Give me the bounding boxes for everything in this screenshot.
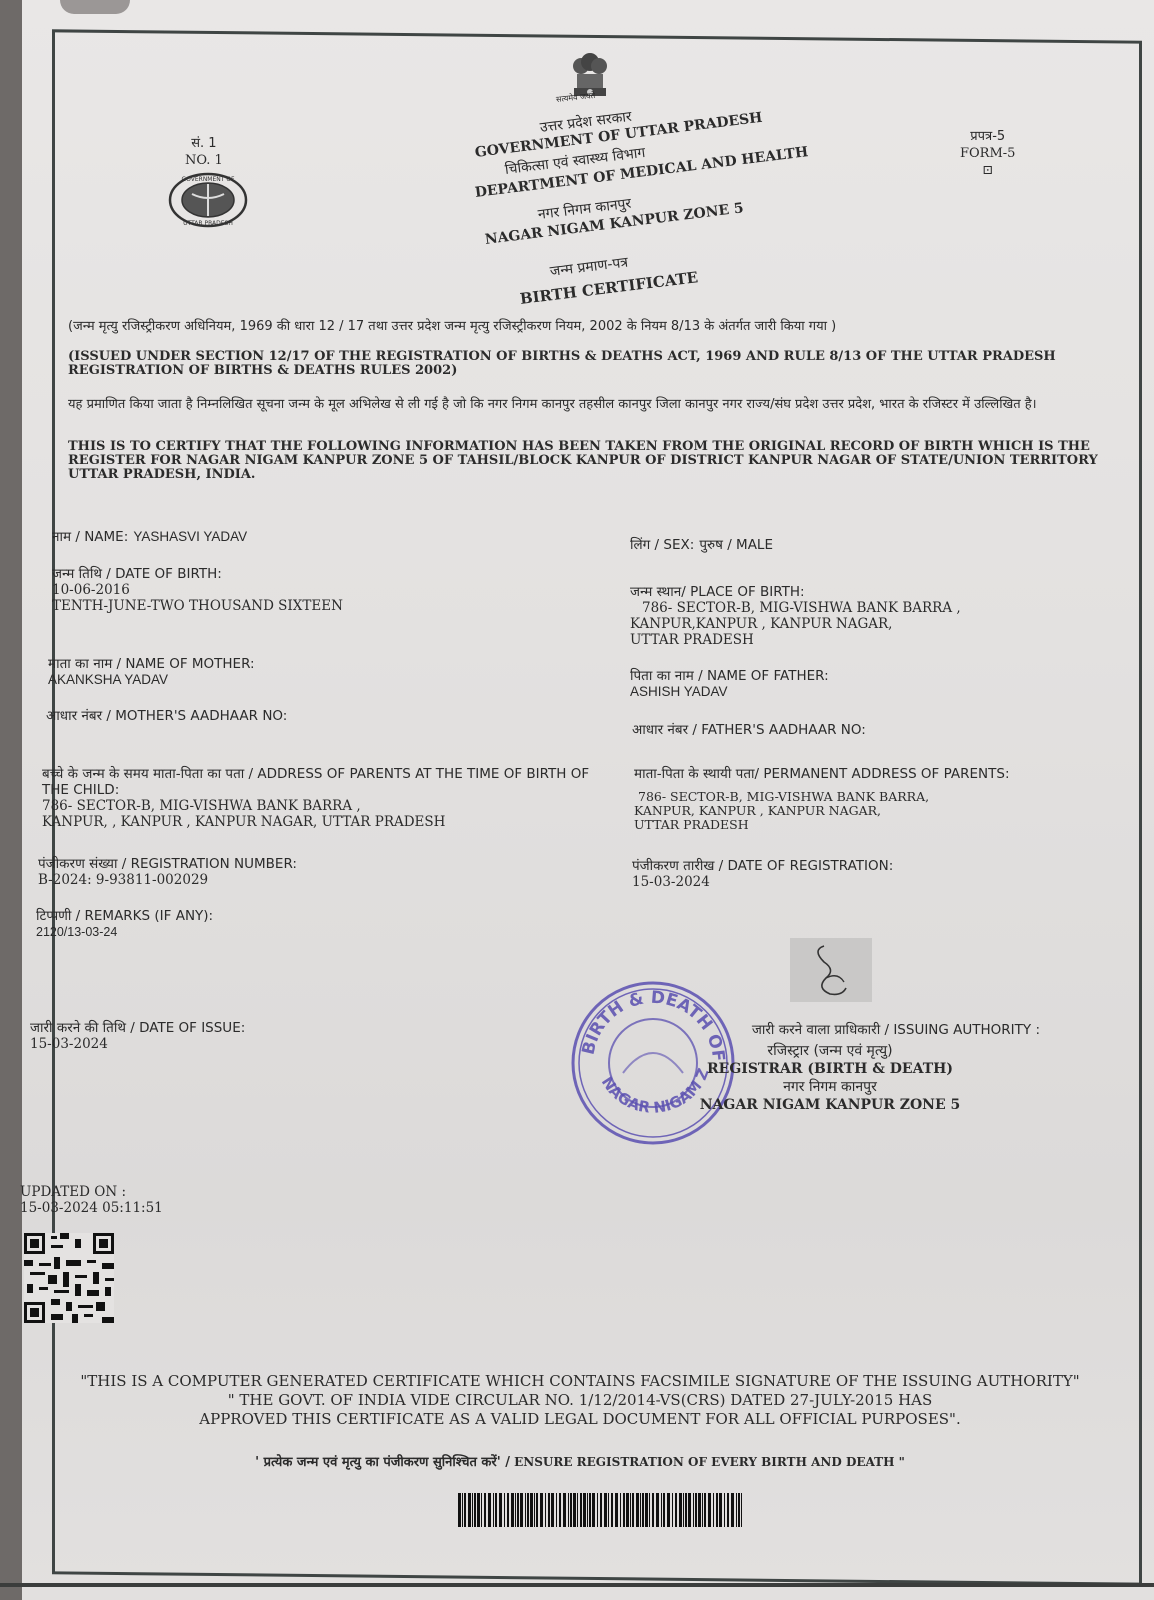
updated-on: UPDATED ON : 15-03-2024 05:11:51 xyxy=(20,1184,163,1216)
field-remarks: टिप्पणी / REMARKS (IF ANY): 2120/13-03-2… xyxy=(36,908,213,940)
barcode[interactable] xyxy=(458,1493,742,1527)
form-number: प्रपत्र-5 FORM-5 ⊡ xyxy=(960,128,1015,179)
field-date-of-registration: पंजीकरण तारीख / DATE OF REGISTRATION: 15… xyxy=(632,858,893,890)
field-date-of-birth: जन्म तिथि / DATE OF BIRTH: 10-06-2016 TE… xyxy=(52,566,343,614)
registration-slogan: ' प्रत्येक जन्म एवं मृत्यु का पंजीकरण सु… xyxy=(60,1452,1100,1470)
qr-code[interactable] xyxy=(24,1232,114,1324)
facsimile-signature xyxy=(790,938,872,1002)
field-permanent-address: माता-पिता के स्थायी पता/ PERMANENT ADDRE… xyxy=(634,766,1010,832)
form-mark-icon: ⊡ xyxy=(960,162,1015,179)
finger-shadow xyxy=(60,0,130,14)
field-father-aadhaar: आधार नंबर / FATHER'S AADHAAR NO: xyxy=(632,722,866,738)
certification-hindi: यह प्रमाणित किया जाता है निम्नलिखित सूचन… xyxy=(68,398,1128,412)
field-father-name: पिता का नाम / NAME OF FATHER: ASHISH YAD… xyxy=(630,668,829,700)
bottom-border xyxy=(0,1583,1154,1587)
serial-number: सं. 1 NO. 1 xyxy=(185,135,223,169)
svg-text:GOVERNMENT OF: GOVERNMENT OF xyxy=(181,176,235,183)
up-government-seal-icon: GOVERNMENT OF UTTAR PRADESH xyxy=(168,172,248,228)
field-date-of-issue: जारी करने की तिथि / DATE OF ISSUE: 15-03… xyxy=(30,1020,245,1052)
field-mother-name: माता का नाम / NAME OF MOTHER: AKANKSHA Y… xyxy=(48,656,255,688)
field-name: नाम / NAME: YASHASVI YADAV xyxy=(52,526,247,545)
field-sex: लिंग / SEX: पुरुष / MALE xyxy=(630,534,773,553)
svg-text:UTTAR PRADESH: UTTAR PRADESH xyxy=(183,220,233,227)
act-statement: (ISSUED UNDER SECTION 12/17 OF THE REGIS… xyxy=(68,350,1128,378)
footer-disclaimer: "THIS IS A COMPUTER GENERATED CERTIFICAT… xyxy=(60,1372,1100,1429)
certification-statement: THIS IS TO CERTIFY THAT THE FOLLOWING IN… xyxy=(68,440,1128,482)
field-place-of-birth: जन्म स्थान/ PLACE OF BIRTH: 786- SECTOR-… xyxy=(630,584,961,648)
issuing-authority: जारी करने वाला प्राधिकारी / ISSUING AUTH… xyxy=(620,1022,1040,1114)
field-registration-number: पंजीकरण संख्या / REGISTRATION NUMBER: B-… xyxy=(38,856,297,888)
field-mother-aadhaar: आधार नंबर / MOTHER'S AADHAAR NO: xyxy=(46,708,287,724)
field-address-at-birth: बच्चे के जन्म के समय माता-पिता का पता / … xyxy=(42,766,597,830)
act-statement-hindi: (जन्म मृत्यु रजिस्ट्रीकरण अधिनियम, 1969 … xyxy=(68,320,1128,334)
